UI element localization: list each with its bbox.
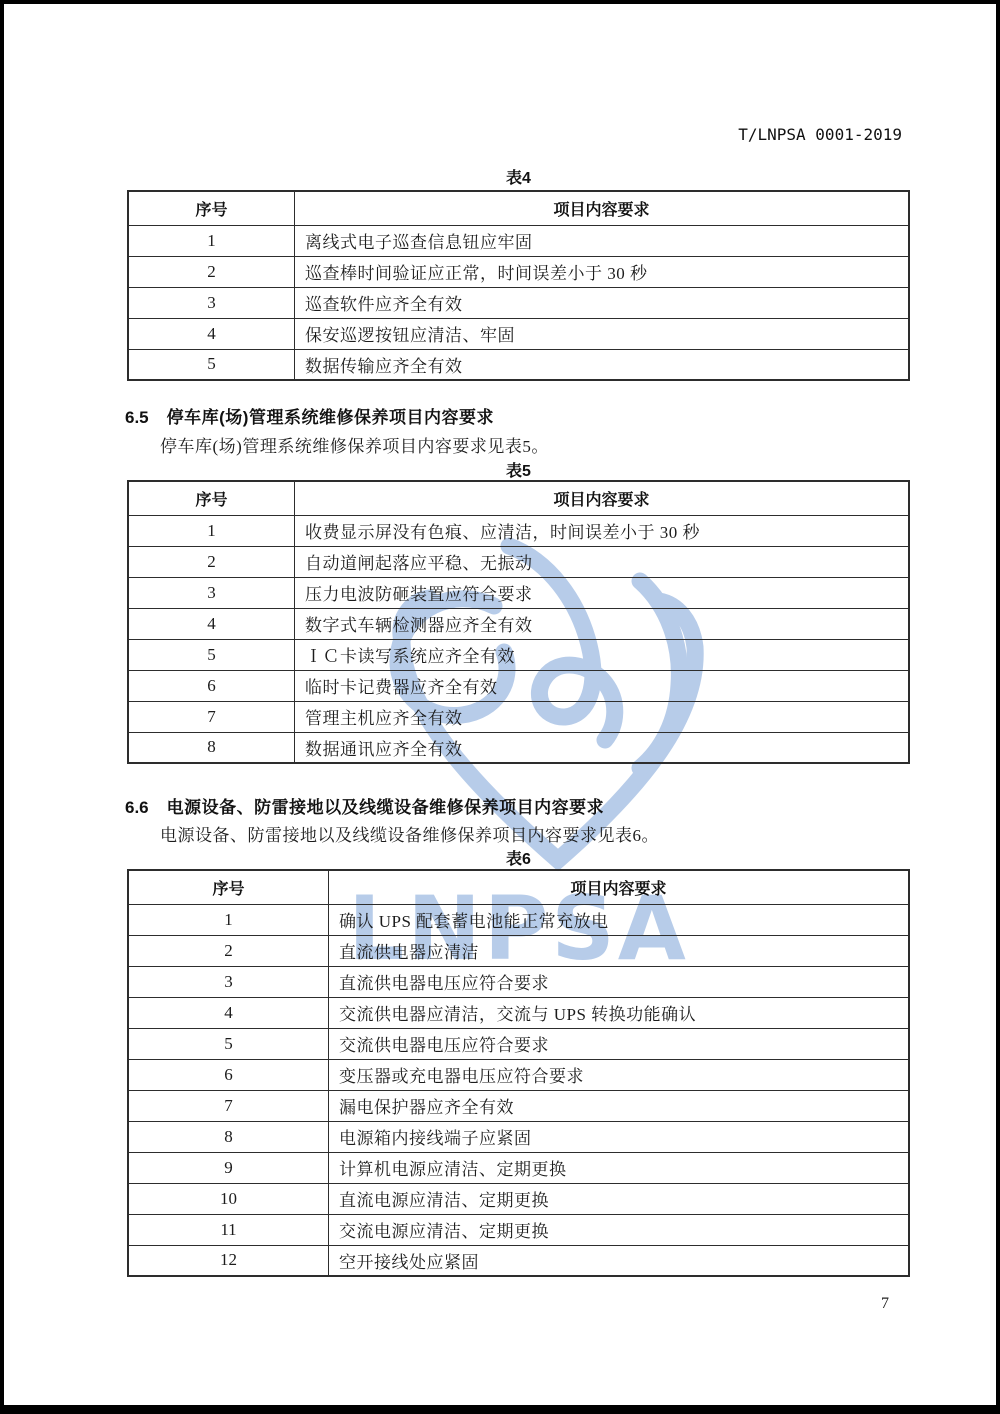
- requirement-cell: 漏电保护器应齐全有效: [329, 1090, 910, 1121]
- table4-caption: 表4: [127, 165, 910, 188]
- table5-caption: 表5: [127, 458, 910, 481]
- requirement-cell: ＩＣ卡读写系统应齐全有效: [295, 639, 910, 670]
- table-row: 5交流供电器电压应符合要求: [128, 1028, 909, 1059]
- section-title: 停车库(场)管理系统维修保养项目内容要求: [167, 408, 494, 427]
- requirement-cell: 数字式车辆检测器应齐全有效: [295, 608, 910, 639]
- column-header-requirement: 项目内容要求: [329, 870, 910, 904]
- serial-cell: 3: [128, 577, 295, 608]
- table-row: 2直流供电器应清洁: [128, 935, 909, 966]
- table-row: 3压力电波防砸装置应符合要求: [128, 577, 909, 608]
- section-number: 6.5: [125, 408, 149, 427]
- table-row: 8电源箱内接线端子应紧固: [128, 1121, 909, 1152]
- table6: 序号项目内容要求1确认 UPS 配套蓄电池能正常充放电2直流供电器应清洁3直流供…: [127, 869, 910, 1277]
- table-row: 7漏电保护器应齐全有效: [128, 1090, 909, 1121]
- serial-cell: 9: [128, 1152, 329, 1183]
- column-header-requirement: 项目内容要求: [295, 481, 910, 515]
- requirement-cell: 数据传输应齐全有效: [295, 349, 910, 380]
- serial-cell: 2: [128, 935, 329, 966]
- table-row: 1离线式电子巡查信息钮应牢固: [128, 225, 909, 256]
- section-number: 6.6: [125, 798, 149, 817]
- requirement-cell: 压力电波防砸装置应符合要求: [295, 577, 910, 608]
- requirement-cell: 直流供电器电压应符合要求: [329, 966, 910, 997]
- serial-cell: 8: [128, 1121, 329, 1152]
- page-number: 7: [881, 1295, 889, 1313]
- serial-cell: 5: [128, 349, 295, 380]
- serial-cell: 4: [128, 608, 295, 639]
- requirement-cell: 巡查棒时间验证应正常，时间误差小于 30 秒: [295, 256, 910, 287]
- table-row: 10直流电源应清洁、定期更换: [128, 1183, 909, 1214]
- requirement-cell: 直流电源应清洁、定期更换: [329, 1183, 910, 1214]
- section-intro-6-6: 电源设备、防雷接地以及线缆设备维修保养项目内容要求见表6。: [160, 821, 659, 846]
- serial-cell: 4: [128, 318, 295, 349]
- table6-caption: 表6: [127, 846, 910, 869]
- table-row: 7管理主机应齐全有效: [128, 701, 909, 732]
- table4: 序号项目内容要求1离线式电子巡查信息钮应牢固2巡查棒时间验证应正常，时间误差小于…: [127, 190, 910, 381]
- section-title: 电源设备、防雷接地以及线缆设备维修保养项目内容要求: [167, 798, 605, 817]
- requirement-cell: 直流供电器应清洁: [329, 935, 910, 966]
- column-header-serial: 序号: [128, 191, 295, 225]
- serial-cell: 2: [128, 546, 295, 577]
- document-page: LNPSA T/LNPSA 0001-2019 表4 序号项目内容要求1离线式电…: [0, 0, 1000, 1414]
- requirement-cell: 巡查软件应齐全有效: [295, 287, 910, 318]
- table-row: 6临时卡记费器应齐全有效: [128, 670, 909, 701]
- requirement-cell: 确认 UPS 配套蓄电池能正常充放电: [329, 904, 910, 935]
- requirement-cell: 交流供电器应清洁，交流与 UPS 转换功能确认: [329, 997, 910, 1028]
- requirement-cell: 数据通讯应齐全有效: [295, 732, 910, 763]
- serial-cell: 5: [128, 1028, 329, 1059]
- serial-cell: 8: [128, 732, 295, 763]
- table-header-row: 序号项目内容要求: [128, 481, 909, 515]
- requirement-cell: 交流电源应清洁、定期更换: [329, 1214, 910, 1245]
- table-row: 1确认 UPS 配套蓄电池能正常充放电: [128, 904, 909, 935]
- table-row: 1收费显示屏没有色痕、应清洁，时间误差小于 30 秒: [128, 515, 909, 546]
- table-row: 5数据传输应齐全有效: [128, 349, 909, 380]
- serial-cell: 6: [128, 1059, 329, 1090]
- requirement-cell: 离线式电子巡查信息钮应牢固: [295, 225, 910, 256]
- serial-cell: 1: [128, 904, 329, 935]
- requirement-cell: 自动道闸起落应平稳、无振动: [295, 546, 910, 577]
- serial-cell: 10: [128, 1183, 329, 1214]
- requirement-cell: 电源箱内接线端子应紧固: [329, 1121, 910, 1152]
- table-row: 12空开接线处应紧固: [128, 1245, 909, 1276]
- serial-cell: 7: [128, 701, 295, 732]
- column-header-requirement: 项目内容要求: [295, 191, 910, 225]
- table-row: 2自动道闸起落应平稳、无振动: [128, 546, 909, 577]
- table-header-row: 序号项目内容要求: [128, 870, 909, 904]
- serial-cell: 1: [128, 225, 295, 256]
- serial-cell: 1: [128, 515, 295, 546]
- table-row: 4交流供电器应清洁，交流与 UPS 转换功能确认: [128, 997, 909, 1028]
- serial-cell: 11: [128, 1214, 329, 1245]
- serial-cell: 3: [128, 966, 329, 997]
- table5: 序号项目内容要求1收费显示屏没有色痕、应清洁，时间误差小于 30 秒2自动道闸起…: [127, 480, 910, 764]
- column-header-serial: 序号: [128, 870, 329, 904]
- content-layer: T/LNPSA 0001-2019 表4 序号项目内容要求1离线式电子巡查信息钮…: [4, 4, 996, 1405]
- serial-cell: 2: [128, 256, 295, 287]
- table-row: 9计算机电源应清洁、定期更换: [128, 1152, 909, 1183]
- requirement-cell: 保安巡逻按钮应清洁、牢固: [295, 318, 910, 349]
- requirement-cell: 空开接线处应紧固: [329, 1245, 910, 1276]
- serial-cell: 3: [128, 287, 295, 318]
- section-heading-6-5: 6.5停车库(场)管理系统维修保养项目内容要求: [125, 403, 494, 428]
- table-header-row: 序号项目内容要求: [128, 191, 909, 225]
- serial-cell: 5: [128, 639, 295, 670]
- serial-cell: 6: [128, 670, 295, 701]
- serial-cell: 7: [128, 1090, 329, 1121]
- serial-cell: 4: [128, 997, 329, 1028]
- requirement-cell: 收费显示屏没有色痕、应清洁，时间误差小于 30 秒: [295, 515, 910, 546]
- table-row: 5ＩＣ卡读写系统应齐全有效: [128, 639, 909, 670]
- document-number: T/LNPSA 0001-2019: [738, 125, 902, 144]
- requirement-cell: 临时卡记费器应齐全有效: [295, 670, 910, 701]
- requirement-cell: 计算机电源应清洁、定期更换: [329, 1152, 910, 1183]
- table-row: 3直流供电器电压应符合要求: [128, 966, 909, 997]
- table-row: 6变压器或充电器电压应符合要求: [128, 1059, 909, 1090]
- table-row: 4保安巡逻按钮应清洁、牢固: [128, 318, 909, 349]
- table-row: 8数据通讯应齐全有效: [128, 732, 909, 763]
- section-intro-6-5: 停车库(场)管理系统维修保养项目内容要求见表5。: [160, 432, 549, 457]
- requirement-cell: 交流供电器电压应符合要求: [329, 1028, 910, 1059]
- table-row: 11交流电源应清洁、定期更换: [128, 1214, 909, 1245]
- table-row: 3巡查软件应齐全有效: [128, 287, 909, 318]
- table-row: 4数字式车辆检测器应齐全有效: [128, 608, 909, 639]
- requirement-cell: 变压器或充电器电压应符合要求: [329, 1059, 910, 1090]
- section-heading-6-6: 6.6电源设备、防雷接地以及线缆设备维修保养项目内容要求: [125, 793, 604, 818]
- serial-cell: 12: [128, 1245, 329, 1276]
- column-header-serial: 序号: [128, 481, 295, 515]
- table-row: 2巡查棒时间验证应正常，时间误差小于 30 秒: [128, 256, 909, 287]
- requirement-cell: 管理主机应齐全有效: [295, 701, 910, 732]
